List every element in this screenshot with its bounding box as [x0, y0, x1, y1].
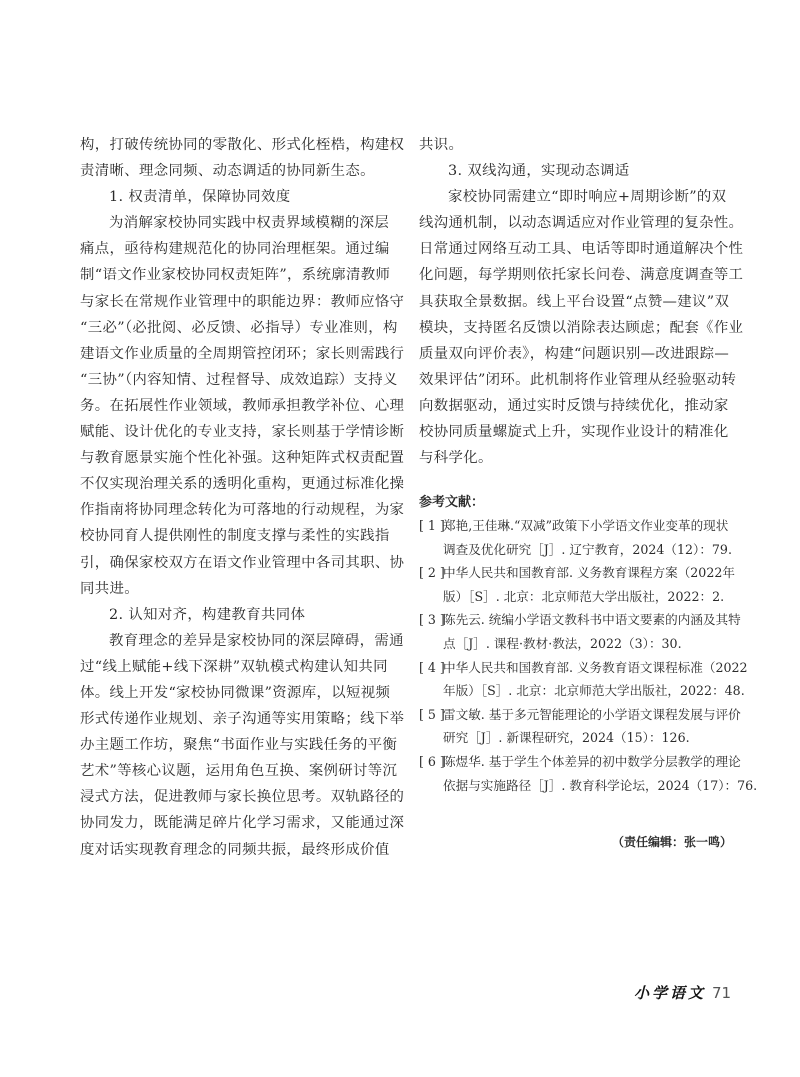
text-line: 浸式方法，促进教师与家长换位思考。双轨路径的: [80, 784, 410, 810]
text-line: 共识。: [419, 132, 754, 158]
text-line: 与科学化。: [419, 445, 754, 471]
text-line: 与家长在常规作业管理中的职能边界：教师应恪守: [80, 289, 410, 315]
text-line: 校协同质量螺旋式上升，实现作业设计的精准化: [419, 419, 754, 445]
left-column: 构，打破传统协同的零散化、形式化桎梏，构建权责清晰、理念同频、动态调适的协同新生…: [80, 132, 410, 863]
references-list: [ 1 ]郑艳,王佳琳.“双减”政策下小学语文作业变革的现状调查及优化研究［J］…: [419, 514, 759, 797]
reference-number: [ 3 ]: [419, 608, 443, 632]
text-line: 校协同育人提供刚性的制度支撑与柔性的实践指: [80, 523, 410, 549]
reference-text-continued: 点［J］. 课程·教材·教法，2022（3）：30.: [419, 632, 759, 656]
text-line: 模块，支持匿名反馈以消除表达顾虑；配套《作业: [419, 315, 754, 341]
text-line: 向数据驱动，通过实时反馈与持续优化，推动家: [419, 393, 754, 419]
references-section: 参考文献： [ 1 ]郑艳,王佳琳.“双减”政策下小学语文作业变革的现状调查及优…: [419, 492, 759, 797]
reference-text-continued: 调查及优化研究［J］. 辽宁教育，2024（12）：79.: [419, 538, 759, 562]
text-line: 1. 权责清单，保障协同效度: [80, 184, 410, 210]
text-line: 责清晰、理念同频、动态调适的协同新生态。: [80, 158, 410, 184]
text-line: “三协”（内容知情、过程督导、成效追踪）支持义: [80, 367, 410, 393]
page-footer: 小学语文71: [634, 982, 731, 1003]
text-line: 线沟通机制，以动态调适应对作业管理的复杂性。: [419, 210, 754, 236]
text-line: “三必”（必批阅、必反馈、必指导）专业准则，构: [80, 315, 410, 341]
reference-number: [ 6 ]: [419, 750, 443, 774]
text-line: 痛点，亟待构建规范化的协同治理框架。通过编: [80, 236, 410, 262]
text-line: 协同发力，既能满足碎片化学习需求，又能通过深: [80, 810, 410, 836]
editor-note: （责任编辑：张一鸣）: [612, 833, 732, 850]
reference-text: 陈煜华. 基于学生个体差异的初中数学分层教学的理论: [443, 754, 741, 769]
text-line: 具获取全景数据。线上平台设置“点赞—建议”双: [419, 289, 754, 315]
reference-text: 雷文敏. 基于多元智能理论的小学语文课程发展与评价: [443, 707, 741, 722]
reference-number: [ 4 ]: [419, 656, 443, 680]
text-line: 化问题，每学期则依托家长问卷、满意度调查等工: [419, 262, 754, 288]
reference-text-continued: 依据与实施路径［J］. 教育科学论坛，2024（17）：76.: [419, 774, 759, 798]
text-line: 作指南将协同理念转化为可落地的行动规程，为家: [80, 497, 410, 523]
text-line: 同共进。: [80, 576, 410, 602]
text-line: 3. 双线沟通，实现动态调适: [419, 158, 754, 184]
text-line: 为消解家校协同实践中权责界域模糊的深层: [80, 210, 410, 236]
reference-number: [ 2 ]: [419, 561, 443, 585]
text-line: 日常通过网络互动工具、电话等即时通道解决个性: [419, 236, 754, 262]
reference-text-continued: 年版）［S］. 北京：北京师范大学出版社，2022：48.: [419, 679, 759, 703]
text-line: 度对话实现教育理念的同频共振，最终形成价值: [80, 837, 410, 863]
reference-item: [ 5 ]雷文敏. 基于多元智能理论的小学语文课程发展与评价: [419, 703, 759, 727]
journal-name: 小学语文: [634, 984, 706, 1002]
reference-text-continued: 版）［S］. 北京：北京师范大学出版社，2022：2.: [419, 585, 759, 609]
reference-item: [ 1 ]郑艳,王佳琳.“双减”政策下小学语文作业变革的现状: [419, 514, 759, 538]
right-column: 共识。3. 双线沟通，实现动态调适家校协同需建立“即时响应+周期诊断”的双线沟通…: [419, 132, 754, 471]
reference-item: [ 3 ]陈先云. 统编小学语文教科书中语文要素的内涵及其特: [419, 608, 759, 632]
reference-item: [ 6 ]陈煜华. 基于学生个体差异的初中数学分层教学的理论: [419, 750, 759, 774]
text-line: 质量双向评价表》，构建“问题识别—改进跟踪—: [419, 341, 754, 367]
reference-item: [ 4 ]中华人民共和国教育部. 义务教育语文课程标准（2022: [419, 656, 759, 680]
text-line: 务。在拓展性作业领域，教师承担教学补位、心理: [80, 393, 410, 419]
text-line: 建语文作业质量的全周期管控闭环；家长则需践行: [80, 341, 410, 367]
text-line: 家校协同需建立“即时响应+周期诊断”的双: [419, 184, 754, 210]
page-number: 71: [712, 984, 731, 1002]
text-line: 形式传递作业规划、亲子沟通等实用策略；线下举: [80, 706, 410, 732]
text-line: 办主题工作坊，聚焦“书面作业与实践任务的平衡: [80, 732, 410, 758]
references-title: 参考文献：: [419, 492, 759, 514]
reference-text: 郑艳,王佳琳.“双减”政策下小学语文作业变革的现状: [443, 518, 728, 533]
text-line: 艺术”等核心议题，运用角色互换、案例研讨等沉: [80, 758, 410, 784]
text-line: 构，打破传统协同的零散化、形式化桎梏，构建权: [80, 132, 410, 158]
reference-item: [ 2 ]中华人民共和国教育部. 义务教育课程方案（2022年: [419, 561, 759, 585]
text-line: 2. 认知对齐，构建教育共同体: [80, 602, 410, 628]
text-line: 效果评估”闭环。此机制将作业管理从经验驱动转: [419, 367, 754, 393]
text-line: 制“语文作业家校协同权责矩阵”，系统廓清教师: [80, 262, 410, 288]
reference-text: 陈先云. 统编小学语文教科书中语文要素的内涵及其特: [443, 612, 741, 627]
text-line: 体。线上开发“家校协同微课”资源库，以短视频: [80, 680, 410, 706]
reference-text: 中华人民共和国教育部. 义务教育课程方案（2022年: [443, 565, 735, 580]
reference-text-continued: 研究［J］. 新课程研究，2024（15）：126.: [419, 726, 759, 750]
reference-number: [ 1 ]: [419, 514, 443, 538]
text-line: 与教育愿景实施个性化补强。这种矩阵式权责配置: [80, 445, 410, 471]
text-line: 不仅实现治理关系的透明化重构，更通过标准化操: [80, 471, 410, 497]
reference-number: [ 5 ]: [419, 703, 443, 727]
text-line: 引，确保家校双方在语文作业管理中各司其职、协: [80, 550, 410, 576]
text-line: 赋能、设计优化的专业支持，家长则基于学情诊断: [80, 419, 410, 445]
reference-text: 中华人民共和国教育部. 义务教育语文课程标准（2022: [443, 660, 748, 675]
text-line: 教育理念的差异是家校协同的深层障碍，需通: [80, 628, 410, 654]
text-line: 过“线上赋能+线下深耕”双轨模式构建认知共同: [80, 654, 410, 680]
